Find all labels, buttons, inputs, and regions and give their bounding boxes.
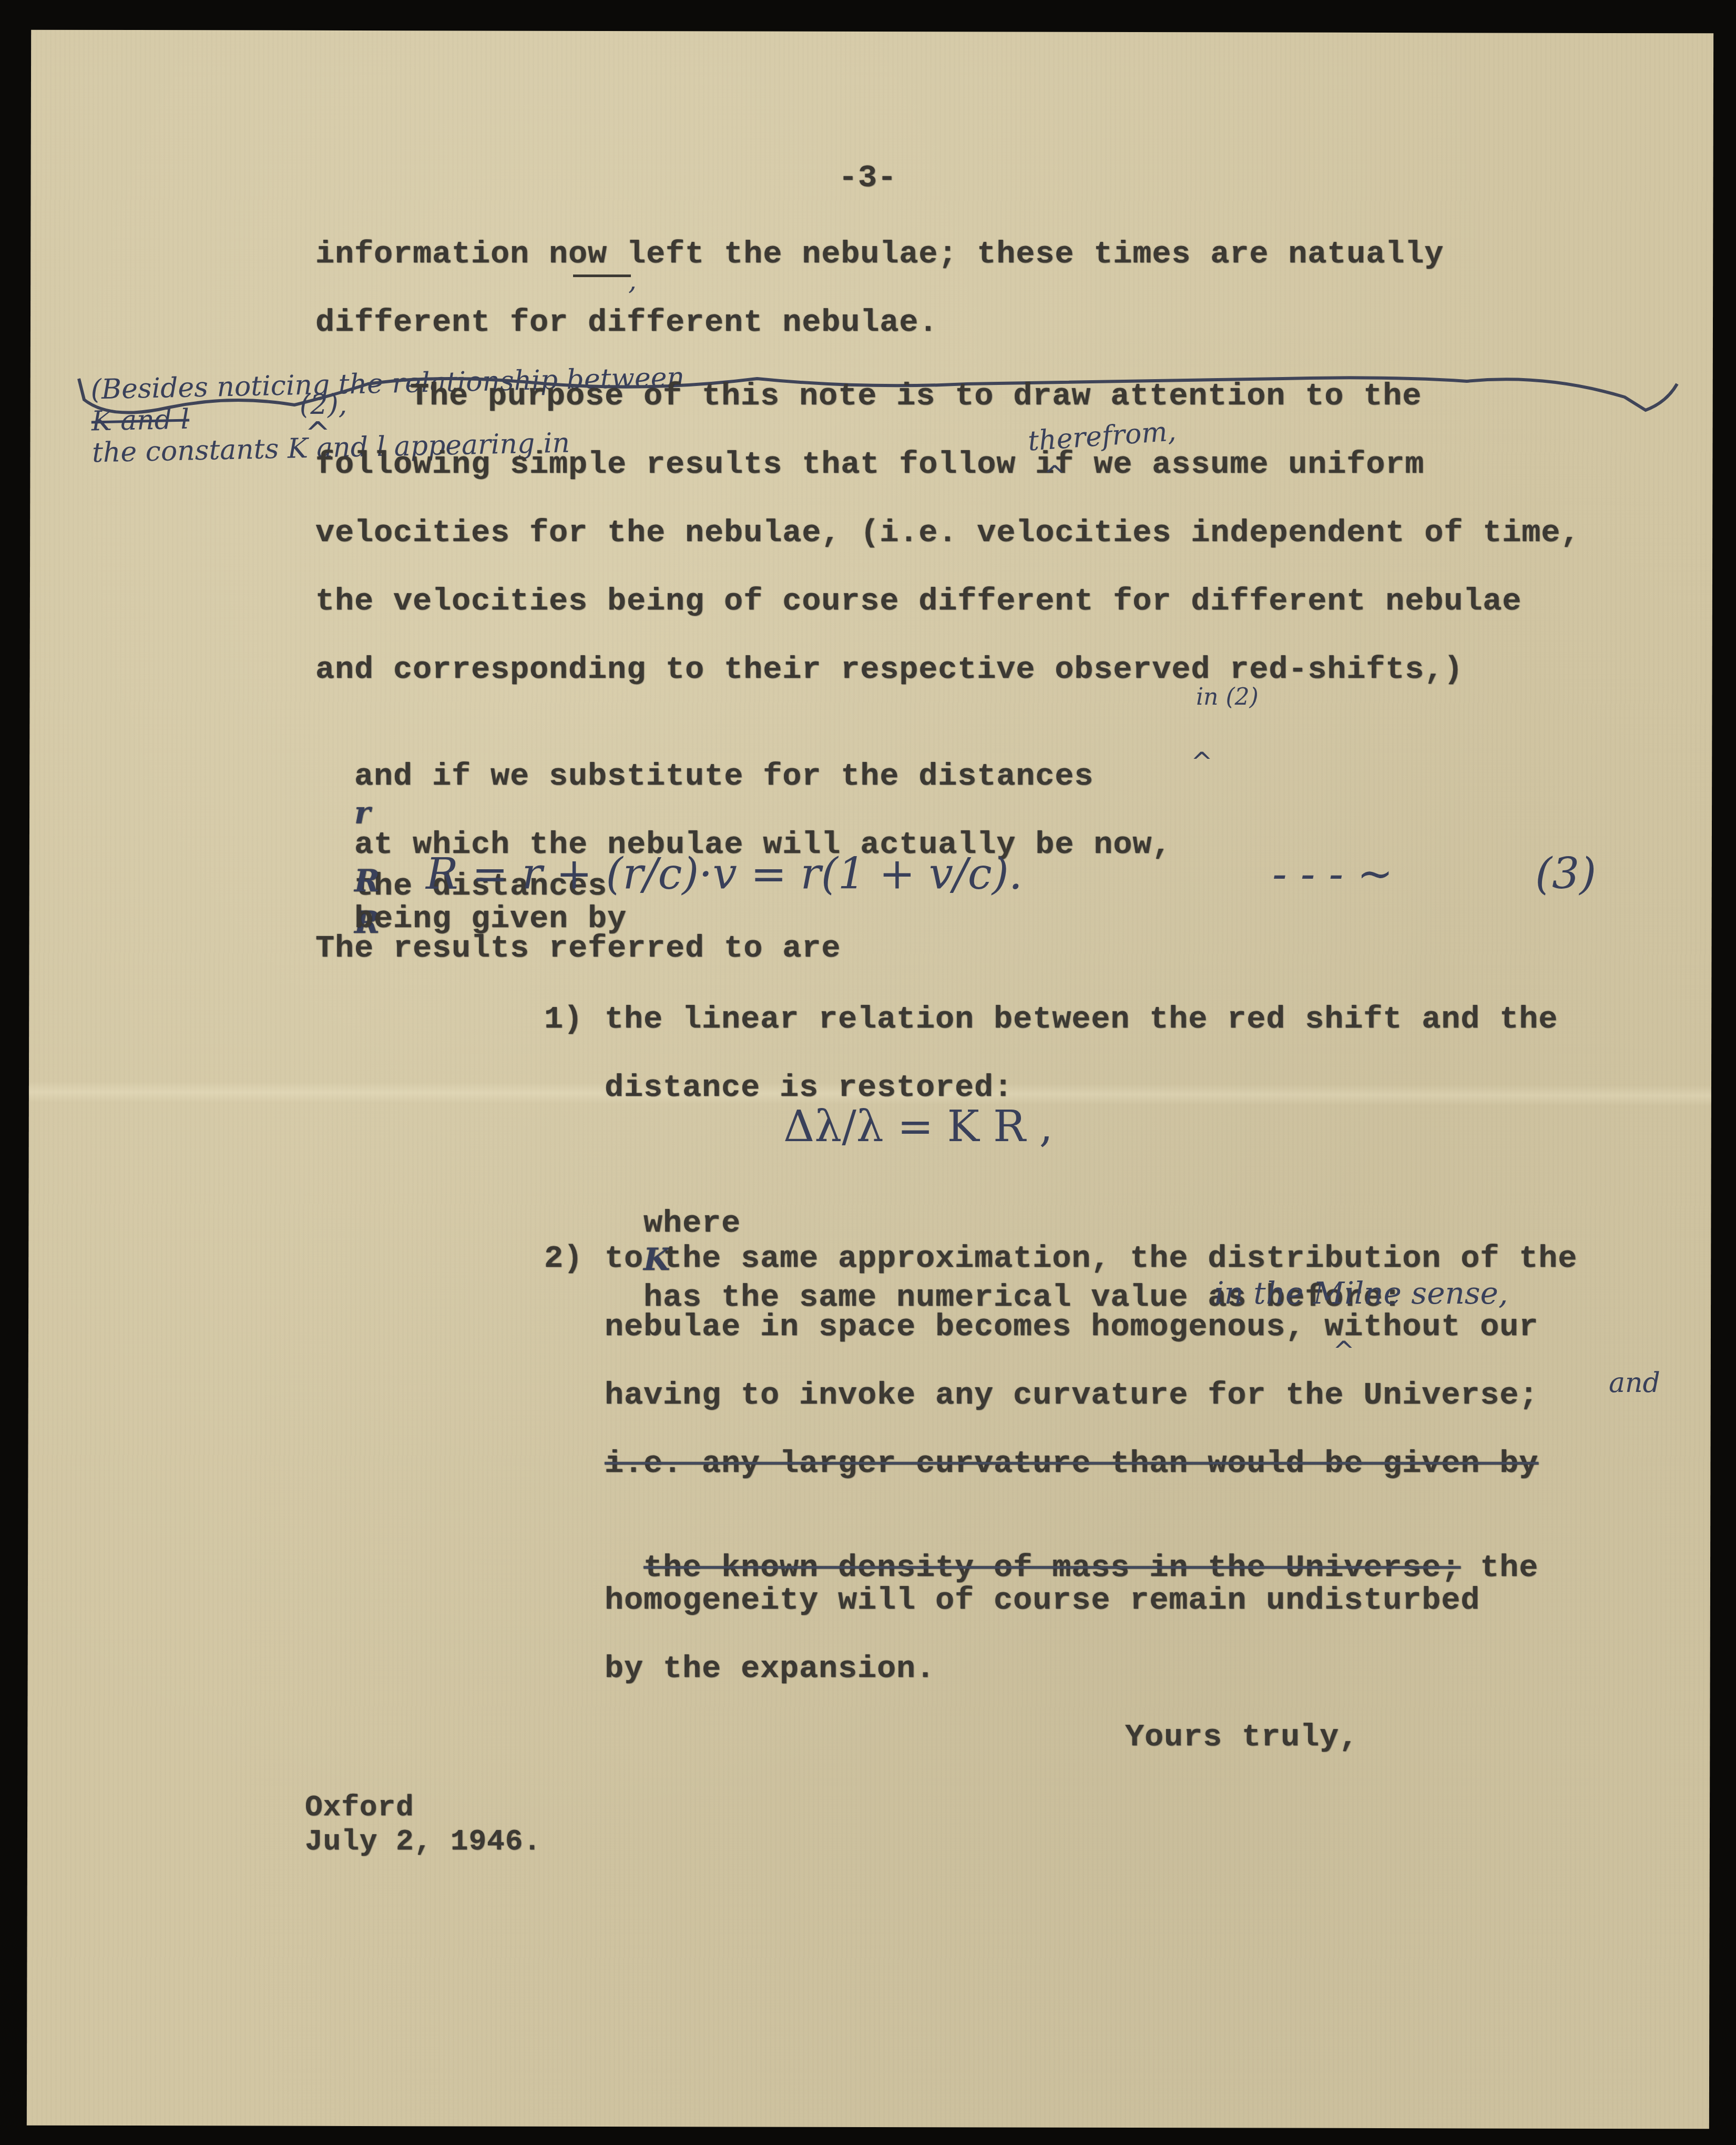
result-2-line-2: nebulae in space becomes homogenous, wit… [605,1309,1538,1345]
insert-milne-sense: in the Milne sense, [1214,1275,1508,1311]
place: Oxford [305,1791,414,1824]
result-2-line-1: to the same approximation, the distribut… [605,1241,1577,1277]
body-line-7: and corresponding to their respective ob… [315,652,1463,688]
result-2-line-3: having to invoke any curvature for the U… [605,1378,1538,1414]
underline-now [573,275,631,277]
body-line-6: the velocities being of course different… [315,584,1521,619]
symbol-R-2: R [354,863,380,899]
result-2-line-6: by the expansion. [605,1651,935,1687]
result-2-number: 2) [544,1241,583,1277]
insert-caret-in2: ^ [1191,747,1213,777]
result-1-line-1: the linear relation between the red shif… [605,1002,1558,1038]
inserted-comma: , [628,266,637,296]
result-2-line-4: the known density of mass in the Univers… [605,1514,1538,1586]
result-1-where: where [644,1206,741,1242]
insert-and: and [1609,1367,1660,1399]
insert-caret-milne: ^ [1333,1336,1355,1366]
body-line-4: following simple results that follow if … [315,447,1424,483]
insert-caret-therefrom: ^ [1044,460,1066,491]
valediction: Yours truly, [1125,1720,1359,1755]
equation-3-label: (3) [1535,849,1596,899]
result-1-number: 1) [544,1002,583,1038]
body-line-3: The purpose of this note is to draw atte… [410,379,1422,414]
result-2-line-4-tail: the [1461,1550,1538,1586]
struck-line-2: the known density of mass in the Univers… [644,1550,1461,1586]
body-line-8-a: and if we substitute for the distances [354,759,1094,795]
result-1-line-2: distance is restored: [605,1070,1013,1106]
date: July 2, 1946. [305,1825,542,1858]
body-line-5: velocities for the nebulae, (i.e. veloci… [315,515,1580,551]
struck-line-1: i.e. any larger curvature than would be … [605,1446,1538,1482]
equation-3: R = r + (r/c)·v = r(1 + v/c). [426,849,1023,899]
page-number: -3- [839,160,897,196]
insert-caret: ^ [305,415,331,451]
equation-3-dashes: - - - ~ [1272,849,1393,899]
body-line-1: information now left the nebulae; these … [315,237,1444,272]
result-2-line-5: homogeneity will of course remain undist… [605,1583,1480,1619]
insert-in-2: in (2) [1196,684,1259,710]
result-1-equation: Δλ/λ = K R , [783,1102,1053,1152]
body-line-10: The results referred to are [315,931,841,967]
